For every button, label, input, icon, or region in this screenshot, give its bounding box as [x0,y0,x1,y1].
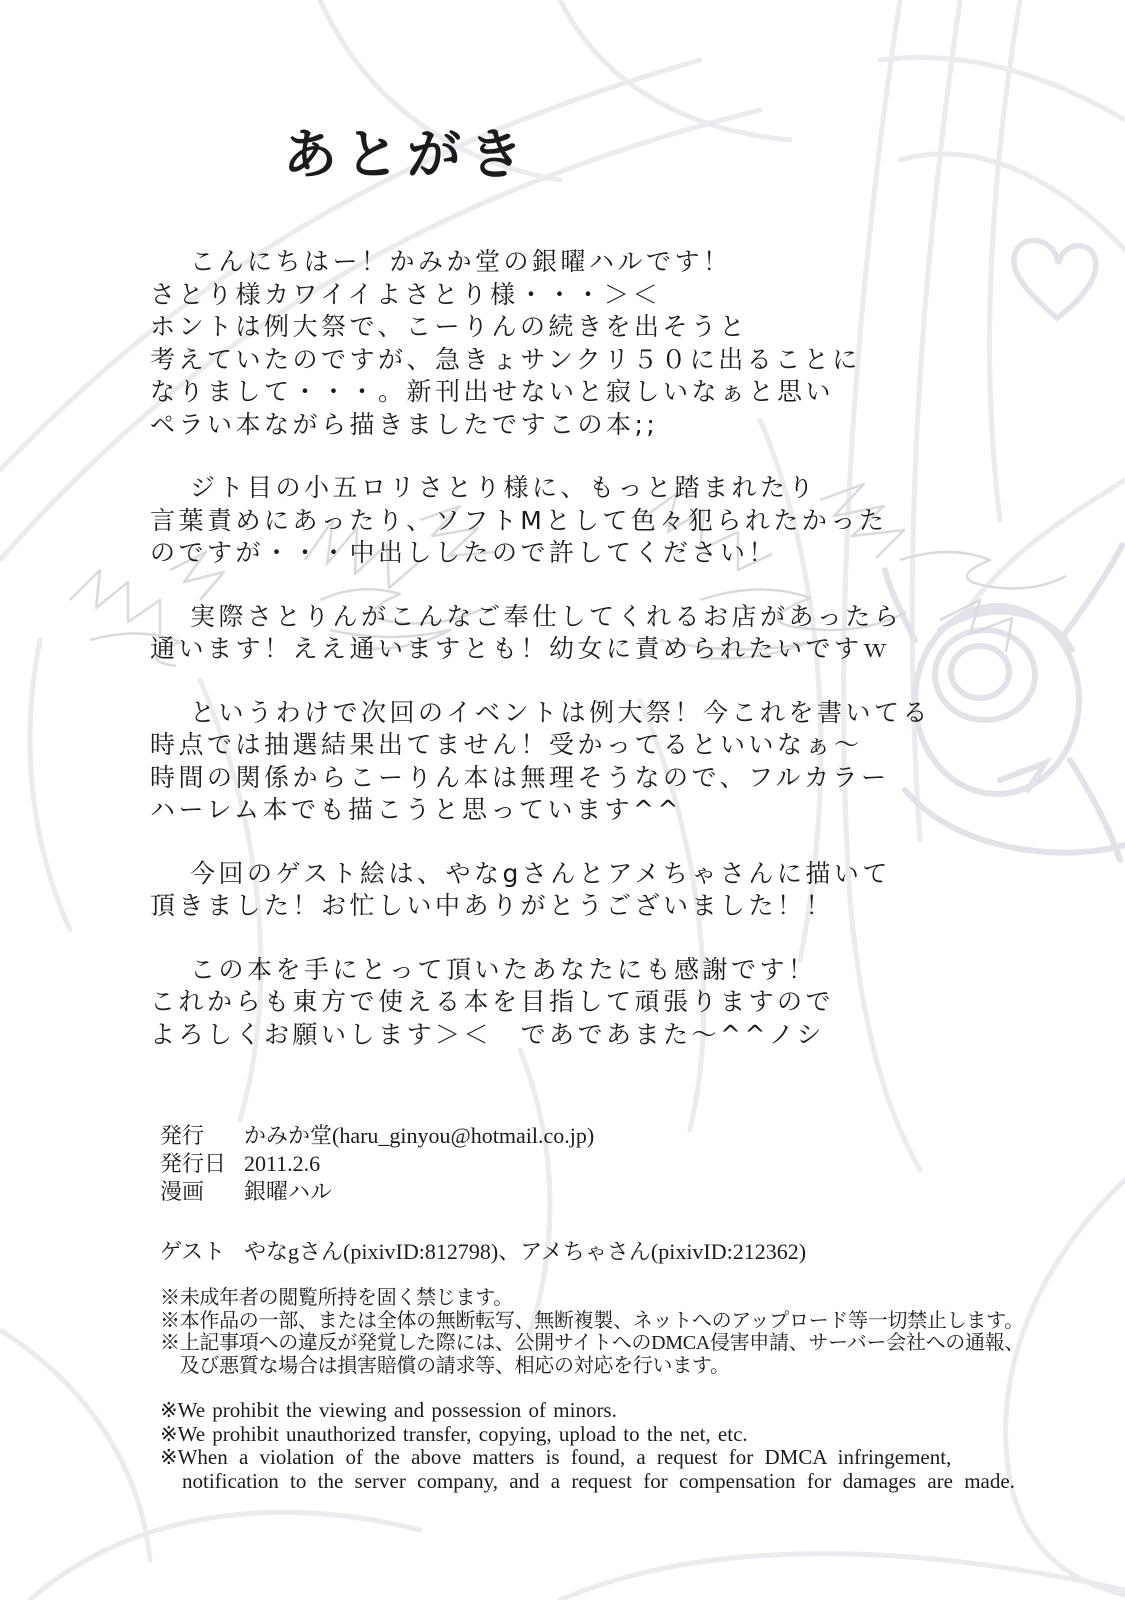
note-line: ※上記事項への違反が発覚した際には、公開サイトへのDMCA侵害申請、サーバー会社… [160,1332,1024,1355]
text-line: なりまして・・・。新刊出せないと寂しいなぁと思い [150,376,970,409]
afterword-body: こんにちはー！かみか堂の銀曜ハルです！ さとり様カワイイよさとり様・・・＞＜ ホ… [150,246,970,1082]
paragraph-4: というわけで次回のイベントは例大祭！今これを書いてる 時点では抽選結果出てません… [150,697,970,827]
paragraph-2: ジト目の小五ロリさとり様に、もっと踏まれたり 言葉責めにあったり、ソフトMとして… [150,472,970,570]
paragraph-3: 実際さとりんがこんなご奉仕してくれるお店があったら 通います！ええ通いますとも！… [150,601,970,666]
credit-label: ゲスト [160,1238,244,1266]
legal-notes-japanese: ※未成年者の閲覧所持を固く禁じます。 ※本作品の一部、または全体の無断転写、無断… [160,1287,1024,1377]
credit-row-publisher: 発行 かみか堂(haru_ginyou@hotmail.co.jp) [160,1122,594,1150]
text-line: ジト目の小五ロリさとり様に、もっと踏まれたり [150,472,970,505]
text-line: 通います！ええ通いますとも！幼女に責められたいですｗ [150,633,970,666]
afterword-page: あとがき こんにちはー！かみか堂の銀曜ハルです！ さとり様カワイイよさとり様・・… [0,0,1125,1600]
text-line: ホントは例大祭で、こーりんの続きを出そうと [150,311,970,344]
text-line: のですが・・・中出ししたので許してください！ [150,537,970,570]
note-line: ※We prohibit unauthorized transfer, copy… [160,1423,1015,1447]
text-line: 今回のゲスト絵は、やなgさんとアメちゃさんに描いて [150,858,970,891]
text-line: 考えていたのですが、急きょサンクリ５０に出ることに [150,344,970,377]
credit-label: 発行日 [160,1150,244,1178]
guest-credit-row: ゲスト やなgさん(pixivID:812798)、アメちゃさん(pixivID… [160,1238,806,1266]
note-line: ※未成年者の閲覧所持を固く禁じます。 [160,1287,1024,1310]
note-line: ※本作品の一部、または全体の無断転写、無断複製、ネットへのアップロード等一切禁止… [160,1310,1024,1333]
credit-value: やなgさん(pixivID:812798)、アメちゃさん(pixivID:212… [244,1238,806,1266]
text-line: というわけで次回のイベントは例大祭！今これを書いてる [150,697,970,730]
paragraph-5: 今回のゲスト絵は、やなgさんとアメちゃさんに描いて 頂きました！お忙しい中ありが… [150,858,970,923]
text-line: 時間の関係からこーりん本は無理そうなので、フルカラー [150,762,970,795]
text-line: ペラい本ながら描きましたですこの本;; [150,409,970,442]
text-line: これからも東方で使える本を目指して頑張りますので [150,986,970,1019]
page-title: あとがき [283,112,531,189]
text-line: ハーレム本でも描こうと思っています^^ [150,794,970,827]
text-line: 実際さとりんがこんなご奉仕してくれるお店があったら [150,601,970,634]
legal-notes-english: ※We prohibit the viewing and possession … [160,1399,1015,1493]
note-line: ※When a violation of the above matters i… [160,1446,1015,1470]
credit-row-manga: 漫画 銀曜ハル [160,1178,594,1206]
credit-label: 漫画 [160,1178,244,1206]
heart-sketch [1014,240,1096,318]
text-line: 頂きました！お忙しい中ありがとうございました！！ [150,890,970,923]
credit-value: 銀曜ハル [244,1178,332,1206]
paragraph-1: こんにちはー！かみか堂の銀曜ハルです！ さとり様カワイイよさとり様・・・＞＜ ホ… [150,246,970,441]
note-line: ※We prohibit the viewing and possession … [160,1399,1015,1423]
text-line: よろしくお願いします＞＜ であであまた～^^ノシ [150,1019,970,1052]
text-line: こんにちはー！かみか堂の銀曜ハルです！ [150,246,970,279]
text-line: 時点では抽選結果出てません！受かってるといいなぁ～ [150,729,970,762]
text-line: 言葉責めにあったり、ソフトMとして色々犯られたかった [150,505,970,538]
credit-label: 発行 [160,1122,244,1150]
credit-row-date: 発行日 2011.2.6 [160,1150,594,1178]
note-line: 及び悪質な場合は損害賠償の請求等、相応の対応を行います。 [160,1355,1024,1378]
note-line: notification to the server company, and … [160,1470,1015,1494]
credit-value: かみか堂(haru_ginyou@hotmail.co.jp) [244,1122,594,1150]
credit-value: 2011.2.6 [244,1150,320,1178]
credits-block: 発行 かみか堂(haru_ginyou@hotmail.co.jp) 発行日 2… [160,1122,594,1206]
text-line: さとり様カワイイよさとり様・・・＞＜ [150,279,970,312]
text-line: この本を手にとって頂いたあなたにも感謝です！ [150,954,970,987]
paragraph-6: この本を手にとって頂いたあなたにも感謝です！ これからも東方で使える本を目指して… [150,954,970,1052]
